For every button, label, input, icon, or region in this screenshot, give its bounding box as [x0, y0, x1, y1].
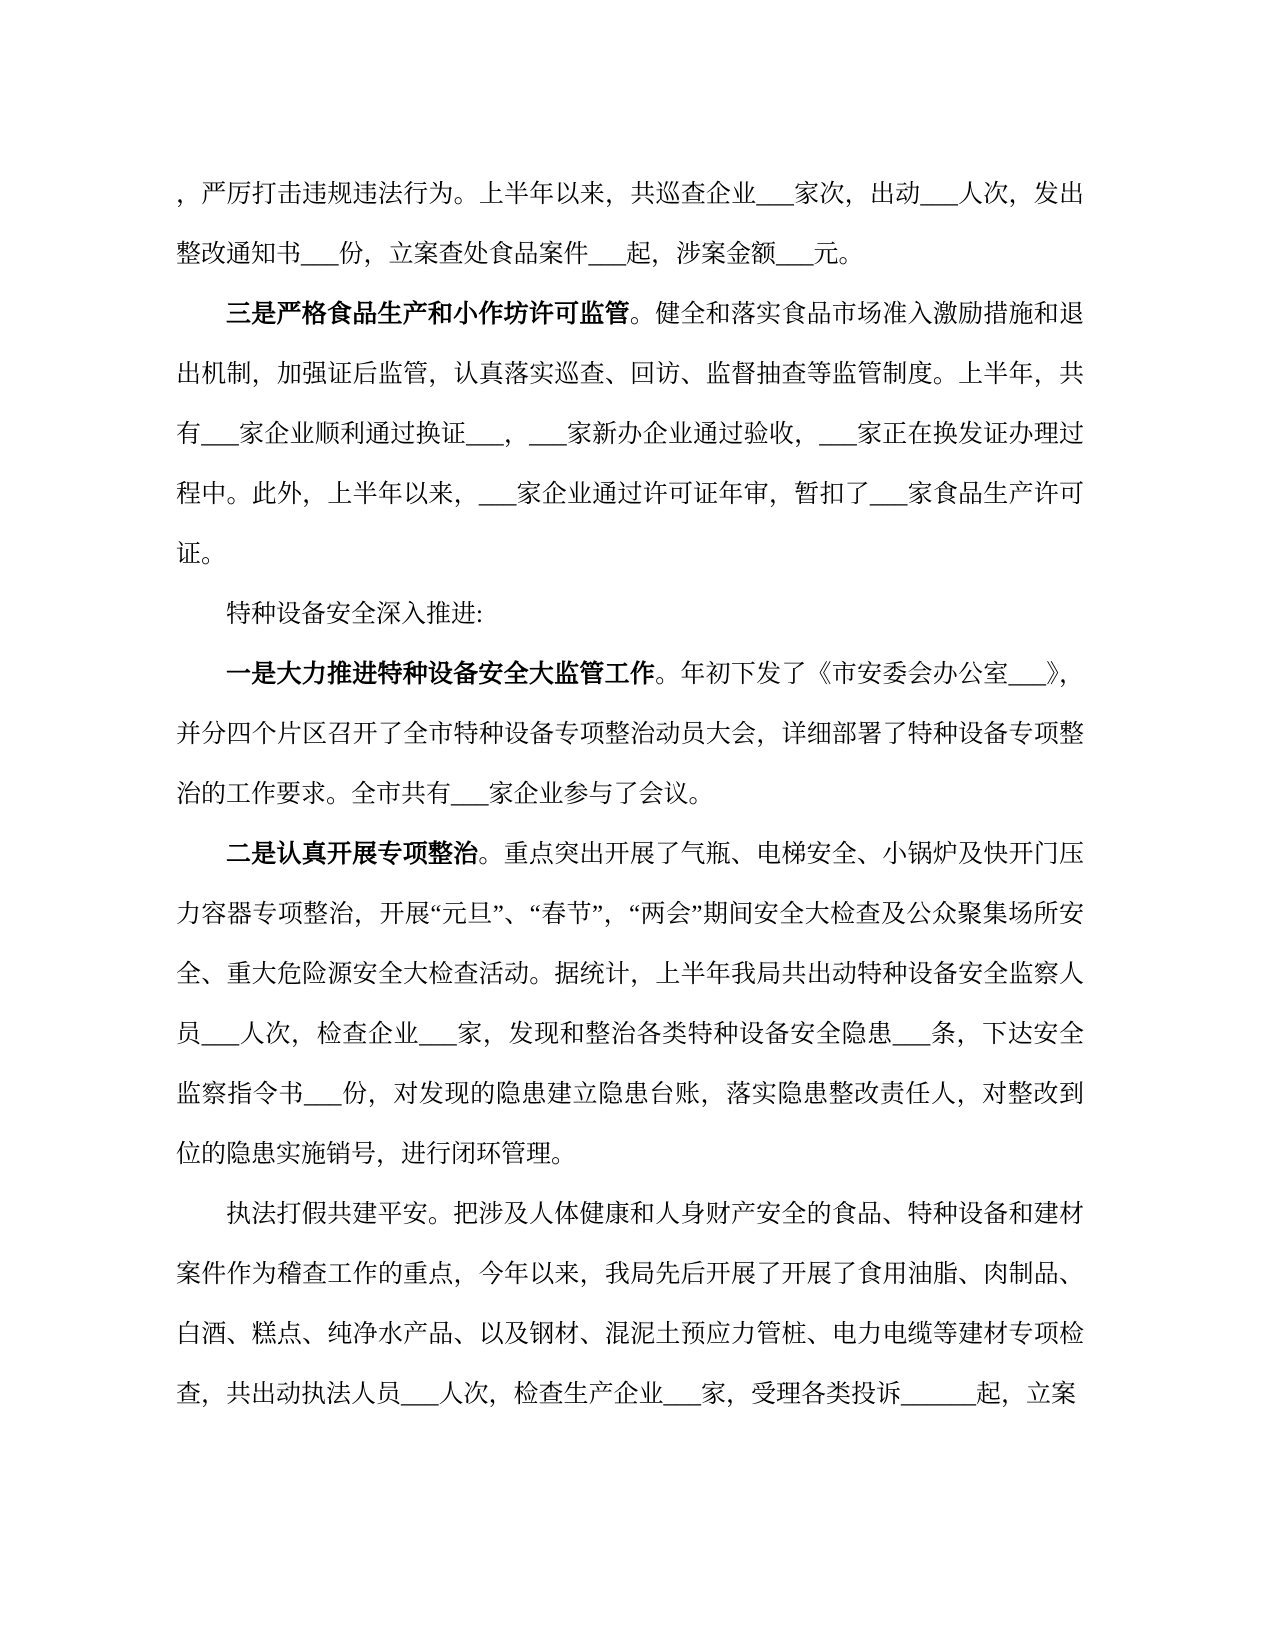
- bold-lead-text: 三是严格食品生产和小作坊许可监管: [226, 301, 630, 328]
- document-canvas: { "page": { "background_color": "#ffffff…: [0, 0, 1275, 1650]
- paragraph: ，严厉打击违规违法行为。上半年以来，共巡查企业___家次，出动___人次，发出整…: [176, 165, 1084, 285]
- body-text: 。重点突出开展了气瓶、电梯安全、小锅炉及快开门压力容器专项整治，开展“元旦”、“…: [176, 841, 1084, 1168]
- paragraph: 三是严格食品生产和小作坊许可监管。健全和落实食品市场准入激励措施和退出机制，加强…: [176, 285, 1084, 585]
- bold-lead-text: 一是大力推进特种设备安全大监管工作: [226, 661, 655, 688]
- paragraph: 执法打假共建平安。把涉及人体健康和人身财产安全的食品、特种设备和建材案件作为稽查…: [176, 1185, 1084, 1425]
- bold-lead-text: 二是认真开展专项整治: [226, 841, 478, 868]
- body-text: 。健全和落实食品市场准入激励措施和退出机制，加强证后监管，认真落实巡查、回访、监…: [176, 301, 1084, 568]
- body-text: ，严厉打击违规违法行为。上半年以来，共巡查企业___家次，出动___人次，发出整…: [176, 181, 1084, 268]
- document-text-block: ，严厉打击违规违法行为。上半年以来，共巡查企业___家次，出动___人次，发出整…: [176, 165, 1084, 1425]
- body-text: 执法打假共建平安。把涉及人体健康和人身财产安全的食品、特种设备和建材案件作为稽查…: [176, 1201, 1084, 1408]
- paragraph: 二是认真开展专项整治。重点突出开展了气瓶、电梯安全、小锅炉及快开门压力容器专项整…: [176, 825, 1084, 1185]
- paragraph: 特种设备安全深入推进:: [176, 585, 1084, 645]
- body-text: 特种设备安全深入推进:: [226, 601, 483, 628]
- paragraph: 一是大力推进特种设备安全大监管工作。年初下发了《市安委会办公室___》，并分四个…: [176, 645, 1084, 825]
